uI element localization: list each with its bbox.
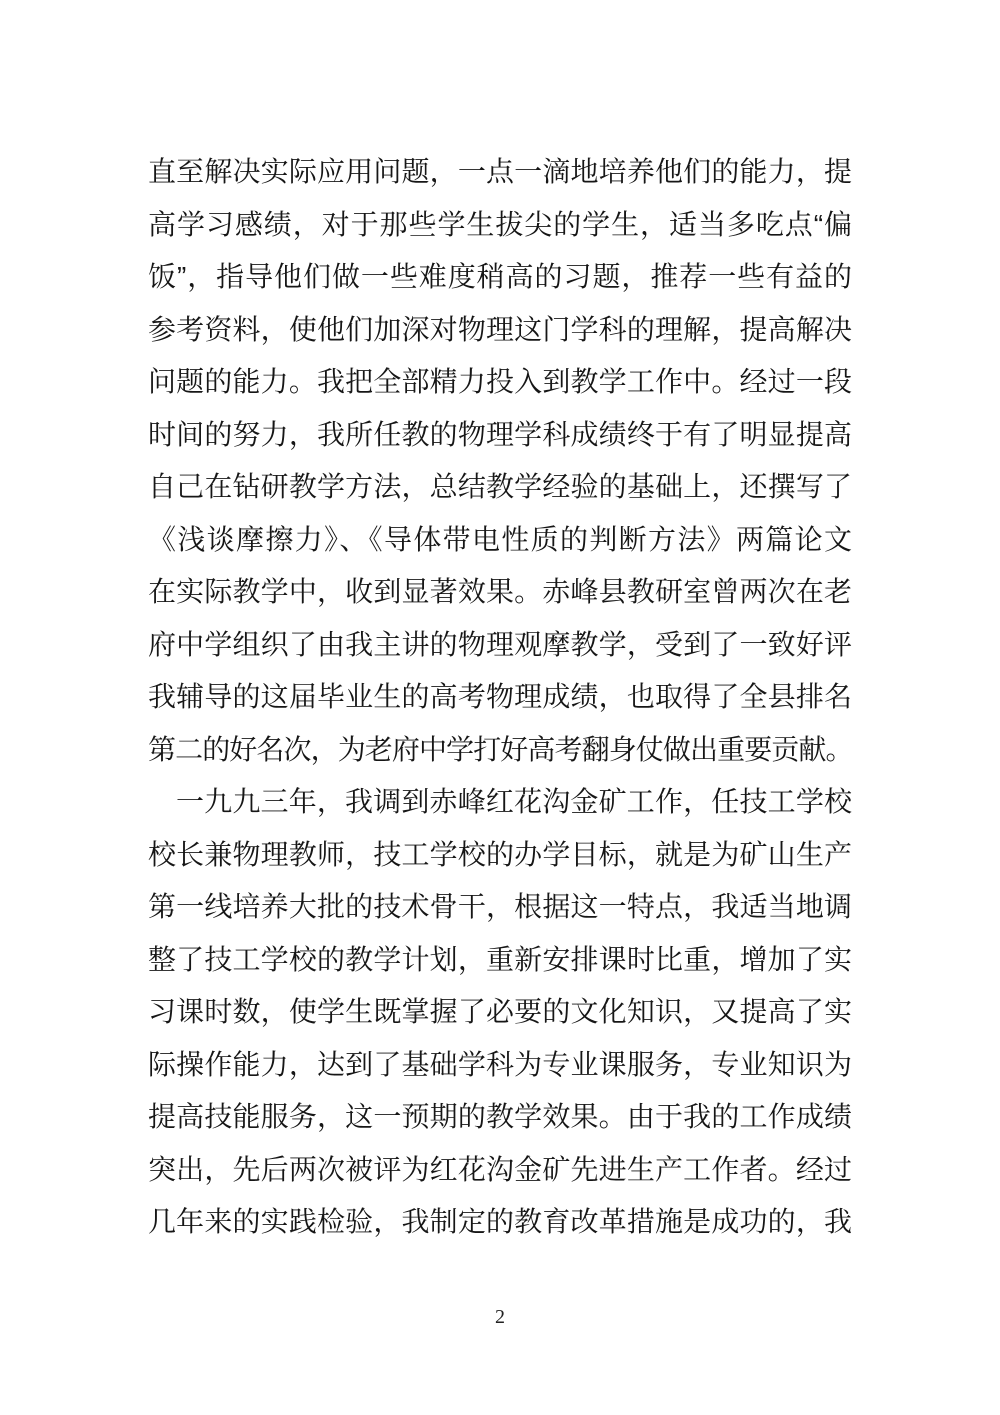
text-line: 际操作能力，达到了基础学科为专业课服务，专业知识为 [148,1039,852,1092]
text-line: 突出，先后两次被评为红花沟金矿先进生产工作者。经过 [148,1144,852,1197]
document-page: 直至解决实际应用问题，一点一滴地培养他们的能力，提 高学习感绩，对于那些学生拔尖… [0,0,1000,1415]
document-body: 直至解决实际应用问题，一点一滴地培养他们的能力，提 高学习感绩，对于那些学生拔尖… [148,146,852,1249]
text-line: 自己在钻研教学方法，总结教学经验的基础上，还撰写了 [148,461,852,514]
text-line: 《浅谈摩擦力》、《导体带电性质的判断方法》两篇论文 [148,514,852,567]
text-line: 在实际教学中，收到显著效果。赤峰县教研室曾两次在老 [148,566,852,619]
text-line: 高学习感绩，对于那些学生拔尖的学生，适当多吃点“偏 [148,199,852,252]
text-line: 直至解决实际应用问题，一点一滴地培养他们的能力，提 [148,146,852,199]
text-line: 整了技工学校的教学计划，重新安排课时比重，增加了实 [148,934,852,987]
text-line: 一九九三年，我调到赤峰红花沟金矿工作，任技工学校 [148,776,852,829]
text-line: 参考资料，使他们加深对物理这门学科的理解，提高解决 [148,304,852,357]
text-line: 时间的努力，我所任教的物理学科成绩终于有了明显提高 [148,409,852,462]
text-line: 府中学组织了由我主讲的物理观摩教学，受到了一致好评 [148,619,852,672]
text-line: 第一线培养大批的技术骨干，根据这一特点，我适当地调 [148,881,852,934]
text-line: 校长兼物理教师，技工学校的办学目标，就是为矿山生产 [148,829,852,882]
text-line: 提高技能服务，这一预期的教学效果。由于我的工作成绩 [148,1091,852,1144]
text-line: 习课时数，使学生既掌握了必要的文化知识，又提高了实 [148,986,852,1039]
page-number: 2 [0,1306,1000,1329]
paragraph-2: 一九九三年，我调到赤峰红花沟金矿工作，任技工学校 校长兼物理教师，技工学校的办学… [148,776,852,1249]
text-line: 几年来的实践检验，我制定的教育改革措施是成功的，我 [148,1196,852,1249]
paragraph-1: 直至解决实际应用问题，一点一滴地培养他们的能力，提 高学习感绩，对于那些学生拔尖… [148,146,852,776]
text-line: 第二的好名次，为老府中学打好高考翻身仗做出重要贡献。 [148,724,852,777]
text-line: 问题的能力。我把全部精力投入到教学工作中。经过一段 [148,356,852,409]
text-line: 我辅导的这届毕业生的高考物理成绩，也取得了全县排名 [148,671,852,724]
text-line: 饭”，指导他们做一些难度稍高的习题，推荐一些有益的 [148,251,852,304]
